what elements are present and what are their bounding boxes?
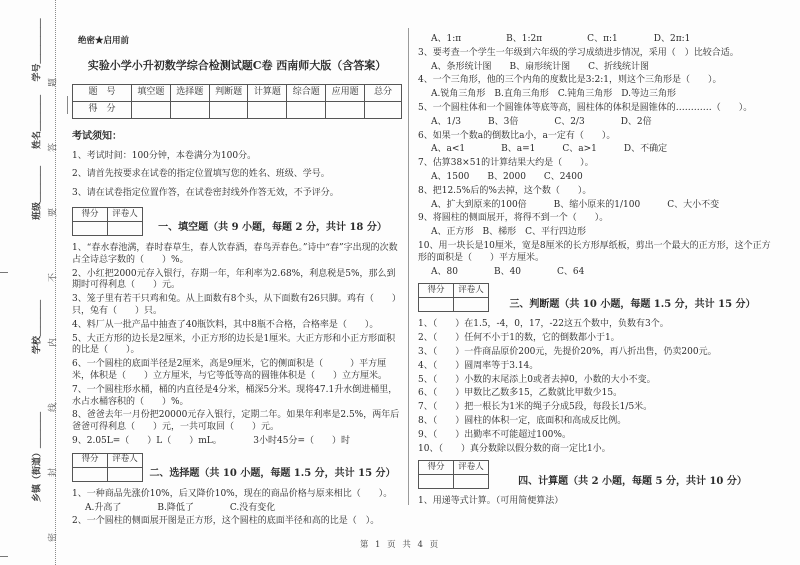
score-cell-empty — [287, 101, 326, 118]
choice-options: A、条形统计图 B、扇形统计图 C、折线统计图 — [418, 62, 776, 74]
section-choice-title: 二、选择题（共 10 小题，每题 1.5 分，共计 15 分） — [143, 468, 402, 482]
fill-question: 2、小红把2000元存入银行，存期一年，年利率为2.68%，利息税是5%，那么到… — [72, 269, 402, 293]
choice-question: 9、将圆柱的侧面展开，将得不到一个（ ）。 — [418, 213, 776, 225]
secret-label: 绝密★启用前 — [78, 36, 402, 48]
grader-box-label: 评卷人 — [454, 284, 489, 298]
grader-score-box: 得分 评卷人 — [72, 453, 143, 482]
grader-box-empty — [108, 467, 143, 481]
score-table-score-row: 得 分 — [73, 101, 402, 118]
score-table-header-cell: 总分 — [365, 84, 402, 101]
score-box-empty — [419, 298, 454, 312]
section-calc-title: 四、计算题（共 2 小题，每题 5 分，共计 10 分） — [489, 476, 776, 490]
fold-mark — [0, 272, 8, 273]
grader-box-label: 评卷人 — [108, 453, 143, 467]
notice-item: 2、请首先按要求在试卷的指定位置填写您的姓名、班级、学号。 — [72, 169, 402, 181]
choice-question: 8、把12.5%后的%去掉，这个数（ ）。 — [418, 186, 776, 198]
choice-question: 1、一种商品先涨价10%，后又降价10%，现在的商品价格与原来相比（ ）。 — [72, 489, 402, 501]
calc-question: 1、用递等式计算。（可用简便算法） — [418, 496, 776, 508]
notice-item: 1、考试时间：100分钟，本卷满分为100分。 — [72, 151, 402, 163]
fill-question: 3、笼子里有若干只鸡和兔。从上面数有8个头，从下面数有26只脚。鸡有（ ）只，兔… — [72, 294, 402, 318]
score-box-empty — [419, 475, 454, 489]
score-cell-empty — [170, 101, 209, 118]
choice-question: 4、一个三角形，他的三个内角的度数比是3:2:1，则这个三角形是（ ）。 — [418, 75, 776, 87]
choice-options: A、正方形 B、梯形 C、平行四边形 — [418, 227, 776, 239]
student-number-field: 学号＿＿＿＿＿ — [30, 18, 43, 81]
fill-question: 7、一个圆柱形水桶，桶的内直径是4分米，桶深5分米。现将47.1升水倒进桶里，水… — [72, 385, 402, 409]
exam-page: 密封线内不要答题 学号＿＿＿＿＿ 姓名＿＿＿＿ 班级＿＿＿＿ 学校＿＿＿＿ 乡镇… — [0, 0, 800, 565]
judge-question: 2、（ ）任何不小于1的数，它的倒数都小于1。 — [418, 333, 776, 345]
choice-question: 6、如果一个数a的倒数比a小，a一定有（ ）。 — [418, 131, 776, 143]
grader-box-label: 评卷人 — [454, 461, 489, 475]
score-table-header-cell: 应用题 — [326, 84, 365, 101]
score-box-label: 得分 — [73, 453, 108, 467]
score-cell-empty — [326, 101, 365, 118]
judge-question: 10、（ ）真分数除以假分数的商一定比1小。 — [418, 444, 776, 456]
choice-options: A、1500 B、2000 C、2400 — [418, 172, 776, 184]
score-table-header-row: 题 号 填空题 选择题 判断题 计算题 综合题 应用题 总分 — [73, 84, 402, 101]
choice-options: A.升高了 B.降低了 C.没有变化 — [72, 503, 402, 515]
score-summary-table: 题 号 填空题 选择题 判断题 计算题 综合题 应用题 总分 得 分 — [72, 84, 402, 119]
score-box-label: 得分 — [73, 207, 108, 221]
grader-box-empty — [108, 221, 143, 235]
judge-question: 5、（ ）小数的末尾添上0或者去掉0，小数的大小不变。 — [418, 375, 776, 387]
section-calc-header: 得分 评卷人 四、计算题（共 2 小题，每题 5 分，共计 10 分） — [418, 460, 776, 489]
choice-question: 3、要考查一个学生一年级到六年级的学习成绩进步情况，采用（ ）比较合适。 — [418, 48, 776, 60]
choice-question: 5、一个圆柱体和一个圆锥体等底等高，圆柱体的体积是圆锥体的…………（ ）。 — [418, 103, 776, 115]
score-table-header-cell: 综合题 — [287, 84, 326, 101]
fill-question: 1、“春水春池满，春时春草生，春人饮春酒，春鸟弄春色。”诗中“春”字出现的次数占… — [72, 243, 402, 267]
judge-question: 8、（ ）圆柱的体积一定，底面积和高成反比例。 — [418, 416, 776, 428]
score-cell-empty — [132, 101, 171, 118]
class-field: 班级＿＿＿＿ — [30, 166, 43, 220]
score-table-header-cell: 判断题 — [209, 84, 248, 101]
score-box-label: 得分 — [419, 461, 454, 475]
score-box-empty — [73, 467, 108, 481]
choice-options: A、80 B、40 C、64 — [418, 267, 776, 279]
score-box-empty — [73, 221, 108, 235]
judge-question: 3、（ ）一件商品原价200元，先提价20%，再八折出售，仍卖200元。 — [418, 347, 776, 359]
fill-question: 9、2.05L=（ ）L（ ）mL。 3小时45分=（ ）时 — [72, 436, 402, 448]
judge-question: 9、（ ）出勤率不可能超过100%。 — [418, 430, 776, 442]
choice-question: 2、一个圆柱的侧面展开图是正方形，这个圆柱的底面半径和高的比是（ ）。 — [72, 516, 402, 528]
notice-item: 3、请在试卷指定位置作答，在试卷密封线外作答无效，不予评分。 — [72, 188, 402, 200]
judge-question: 6、（ ）甲数比乙数多15，乙数就比甲数少15。 — [418, 388, 776, 400]
score-table-header-cell: 计算题 — [248, 84, 287, 101]
fill-question: 6、一个圆柱的底面半径是2厘米，高是9厘米，它的侧面积是（ ）平方厘米，体积是（… — [72, 359, 402, 383]
section-fill-title: 一、填空题（共 9 小题，每题 2 分，共计 18 分） — [143, 222, 402, 236]
choice-options: A、扩大到原来的100倍 B、缩小原来的1/100 C、大小不变 — [418, 200, 776, 212]
fold-mark — [0, 556, 8, 557]
grader-score-box: 得分 评卷人 — [72, 207, 143, 236]
section-judge-header: 得分 评卷人 三、判断题（共 10 小题，每题 1.5 分，共计 15 分） — [418, 283, 776, 312]
school-field: 学校＿＿＿＿ — [30, 300, 43, 354]
notice-title: 考试须知： — [72, 131, 402, 143]
fill-question: 5、大正方形的边长是2厘米，小正方形的边长是1厘米。大正方形和小正方形面积的比是… — [72, 334, 402, 358]
section-judge-title: 三、判断题（共 10 小题，每题 1.5 分，共计 15 分） — [489, 299, 776, 313]
student-name-field: 姓名＿＿＿＿ — [30, 95, 43, 149]
score-cell-empty — [209, 101, 248, 118]
score-cell-empty — [248, 101, 287, 118]
choice-question: 7、估算38×51的计算结果大约是（ ）。 — [418, 158, 776, 170]
township-field: 乡镇（街道）＿＿＿＿ — [30, 412, 43, 502]
fill-question: 4、料厂从一批产品中抽查了40瓶饮料，其中8瓶不合格，合格率是（ ）。 — [72, 320, 402, 332]
score-box-label: 得分 — [419, 284, 454, 298]
page-footer: 第 1 页 共 4 页 — [0, 538, 800, 550]
grader-box-empty — [454, 298, 489, 312]
choice-question: 10、用一块长是10厘米，宽是8厘米的长方形厚纸板，剪出一个最大的正方形，这个正… — [418, 241, 776, 265]
score-table-header-cell: 填空题 — [132, 84, 171, 101]
grader-score-box: 得分 评卷人 — [418, 460, 489, 489]
choice-options: A、a<1 B、a=1 C、a>1 D、不确定 — [418, 144, 776, 156]
score-table-header-cell: 题 号 — [73, 84, 132, 101]
left-column: 绝密★启用前 实验小学小升初数学综合检测试题C卷 西南师大版（含答案） 题 号 … — [72, 36, 402, 530]
seal-text: 密封线内不要答题 — [46, 12, 59, 552]
score-cell-empty — [365, 101, 402, 118]
margin-tick — [67, 96, 68, 114]
judge-question: 7、（ ）把一根长为1米的绳子分成5段，每段长1/5米。 — [418, 402, 776, 414]
grader-box-empty — [454, 475, 489, 489]
score-row-label: 得 分 — [73, 101, 132, 118]
section-fill-header: 得分 评卷人 一、填空题（共 9 小题，每题 2 分，共计 18 分） — [72, 207, 402, 236]
choice-options: A.锐角三角形 B.直角三角形 C.钝角三角形 D.等边三角形 — [418, 89, 776, 101]
exam-title: 实验小学小升初数学综合检测试题C卷 西南师大版（含答案） — [72, 58, 402, 73]
section-choice-header: 得分 评卷人 二、选择题（共 10 小题，每题 1.5 分，共计 15 分） — [72, 453, 402, 482]
grader-box-label: 评卷人 — [108, 207, 143, 221]
column-divider — [408, 28, 409, 505]
choice-options: A、1:π B、1:2π C、π:1 D、2π:1 — [418, 34, 776, 46]
judge-question: 1、（ ）在1.5，-4，0，17，-22这五个数中，负数有3个。 — [418, 319, 776, 331]
judge-question: 4、（ ）圆周率等于3.14。 — [418, 361, 776, 373]
right-column: A、1:π B、1:2π C、π:1 D、2π:1 3、要考查一个学生一年级到六… — [418, 34, 776, 510]
choice-options: A、1/3 B、3倍 C、2/3 D、2倍 — [418, 117, 776, 129]
fill-question: 8、爸爸去年一月份把20000元存入银行，定期二年。如果年利率是2.5%，两年后… — [72, 410, 402, 434]
grader-score-box: 得分 评卷人 — [418, 283, 489, 312]
score-table-header-cell: 选择题 — [170, 84, 209, 101]
